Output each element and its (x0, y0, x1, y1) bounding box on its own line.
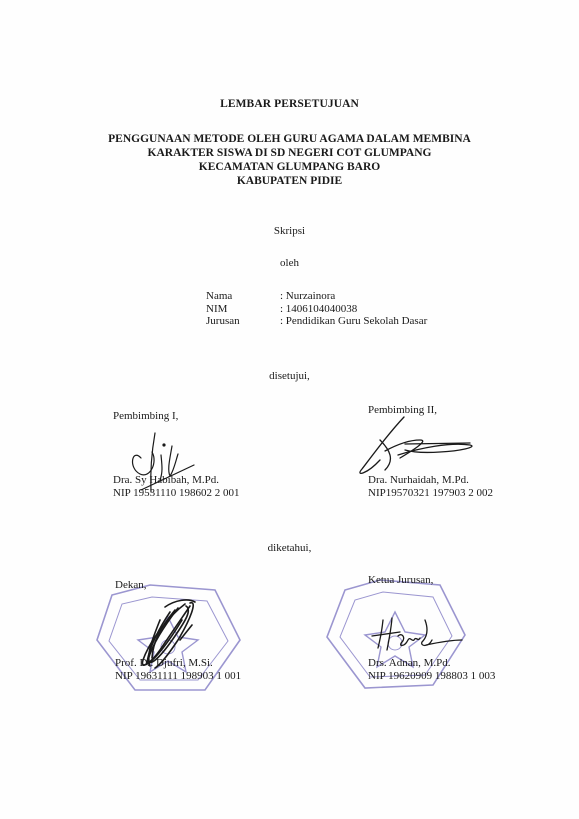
signatory-nip: NIP 19620909 198803 1 003 (368, 670, 495, 683)
student-major-row: Jurusan : Pendidikan Guru Sekolah Dasar (206, 315, 427, 328)
name-label: Nama (206, 290, 280, 303)
nim-value: : 1406104040038 (280, 303, 357, 316)
student-info: Nama : Nurzainora NIM : 1406104040038 Ju… (206, 290, 427, 328)
signatory-name: Dra. Nurhaidah, M.Pd. (368, 474, 469, 487)
major-label: Jurusan (206, 315, 280, 328)
signatory-name: Dra. Sy Habibah, M.Pd. (113, 474, 219, 487)
document-page: LEMBAR PERSETUJUAN PENGGUNAAN METODE OLE… (0, 0, 579, 819)
signatory-nip: NIP 19531110 198602 2 001 (113, 487, 240, 500)
signatory-pembimbing-2: Pembimbing II, Dra. Nurhaidah, M.Pd. NIP… (368, 404, 528, 499)
student-nim-row: NIM : 1406104040038 (206, 303, 427, 316)
signatory-pembimbing-1: Pembimbing I, Dra. Sy Habibah, M.Pd. NIP… (113, 410, 273, 500)
signatory-dekan: Dekan, Prof. Dr. Djufri, M.Si. NIP 19631… (115, 579, 285, 684)
by-label: oleh (0, 257, 579, 269)
thesis-title-line: PENGGUNAAN METODE OLEH GURU AGAMA DALAM … (0, 132, 579, 146)
signatory-name: Prof. Dr. Djufri, M.Si. (115, 657, 213, 670)
signatory-nip: NIP 19631111 198903 1 001 (115, 670, 241, 683)
document-title: LEMBAR PERSETUJUAN (0, 98, 579, 110)
acknowledged-label: diketahui, (0, 542, 579, 554)
document-type: Skripsi (0, 225, 579, 237)
signatory-role: Dekan, (115, 579, 146, 592)
approved-label: disetujui, (0, 370, 579, 382)
nim-label: NIM (206, 303, 280, 316)
signatory-role: Ketua Jurusan, (368, 574, 433, 587)
signatory-ketua-jurusan: Ketua Jurusan, Drs. Adnan, M.Pd. NIP 196… (368, 574, 538, 684)
major-value: : Pendidikan Guru Sekolah Dasar (280, 315, 427, 328)
student-name-row: Nama : Nurzainora (206, 290, 427, 303)
signatory-role: Pembimbing I, (113, 410, 178, 423)
signatory-role: Pembimbing II, (368, 404, 437, 417)
thesis-title: PENGGUNAAN METODE OLEH GURU AGAMA DALAM … (0, 132, 579, 188)
thesis-title-line: KABUPATEN PIDIE (0, 174, 579, 188)
signatory-name: Drs. Adnan, M.Pd. (368, 657, 451, 670)
thesis-title-line: KECAMATAN GLUMPANG BARO (0, 160, 579, 174)
signatory-nip: NIP19570321 197903 2 002 (368, 487, 493, 500)
thesis-title-line: KARAKTER SISWA DI SD NEGERI COT GLUMPANG (0, 146, 579, 160)
name-value: : Nurzainora (280, 290, 335, 303)
